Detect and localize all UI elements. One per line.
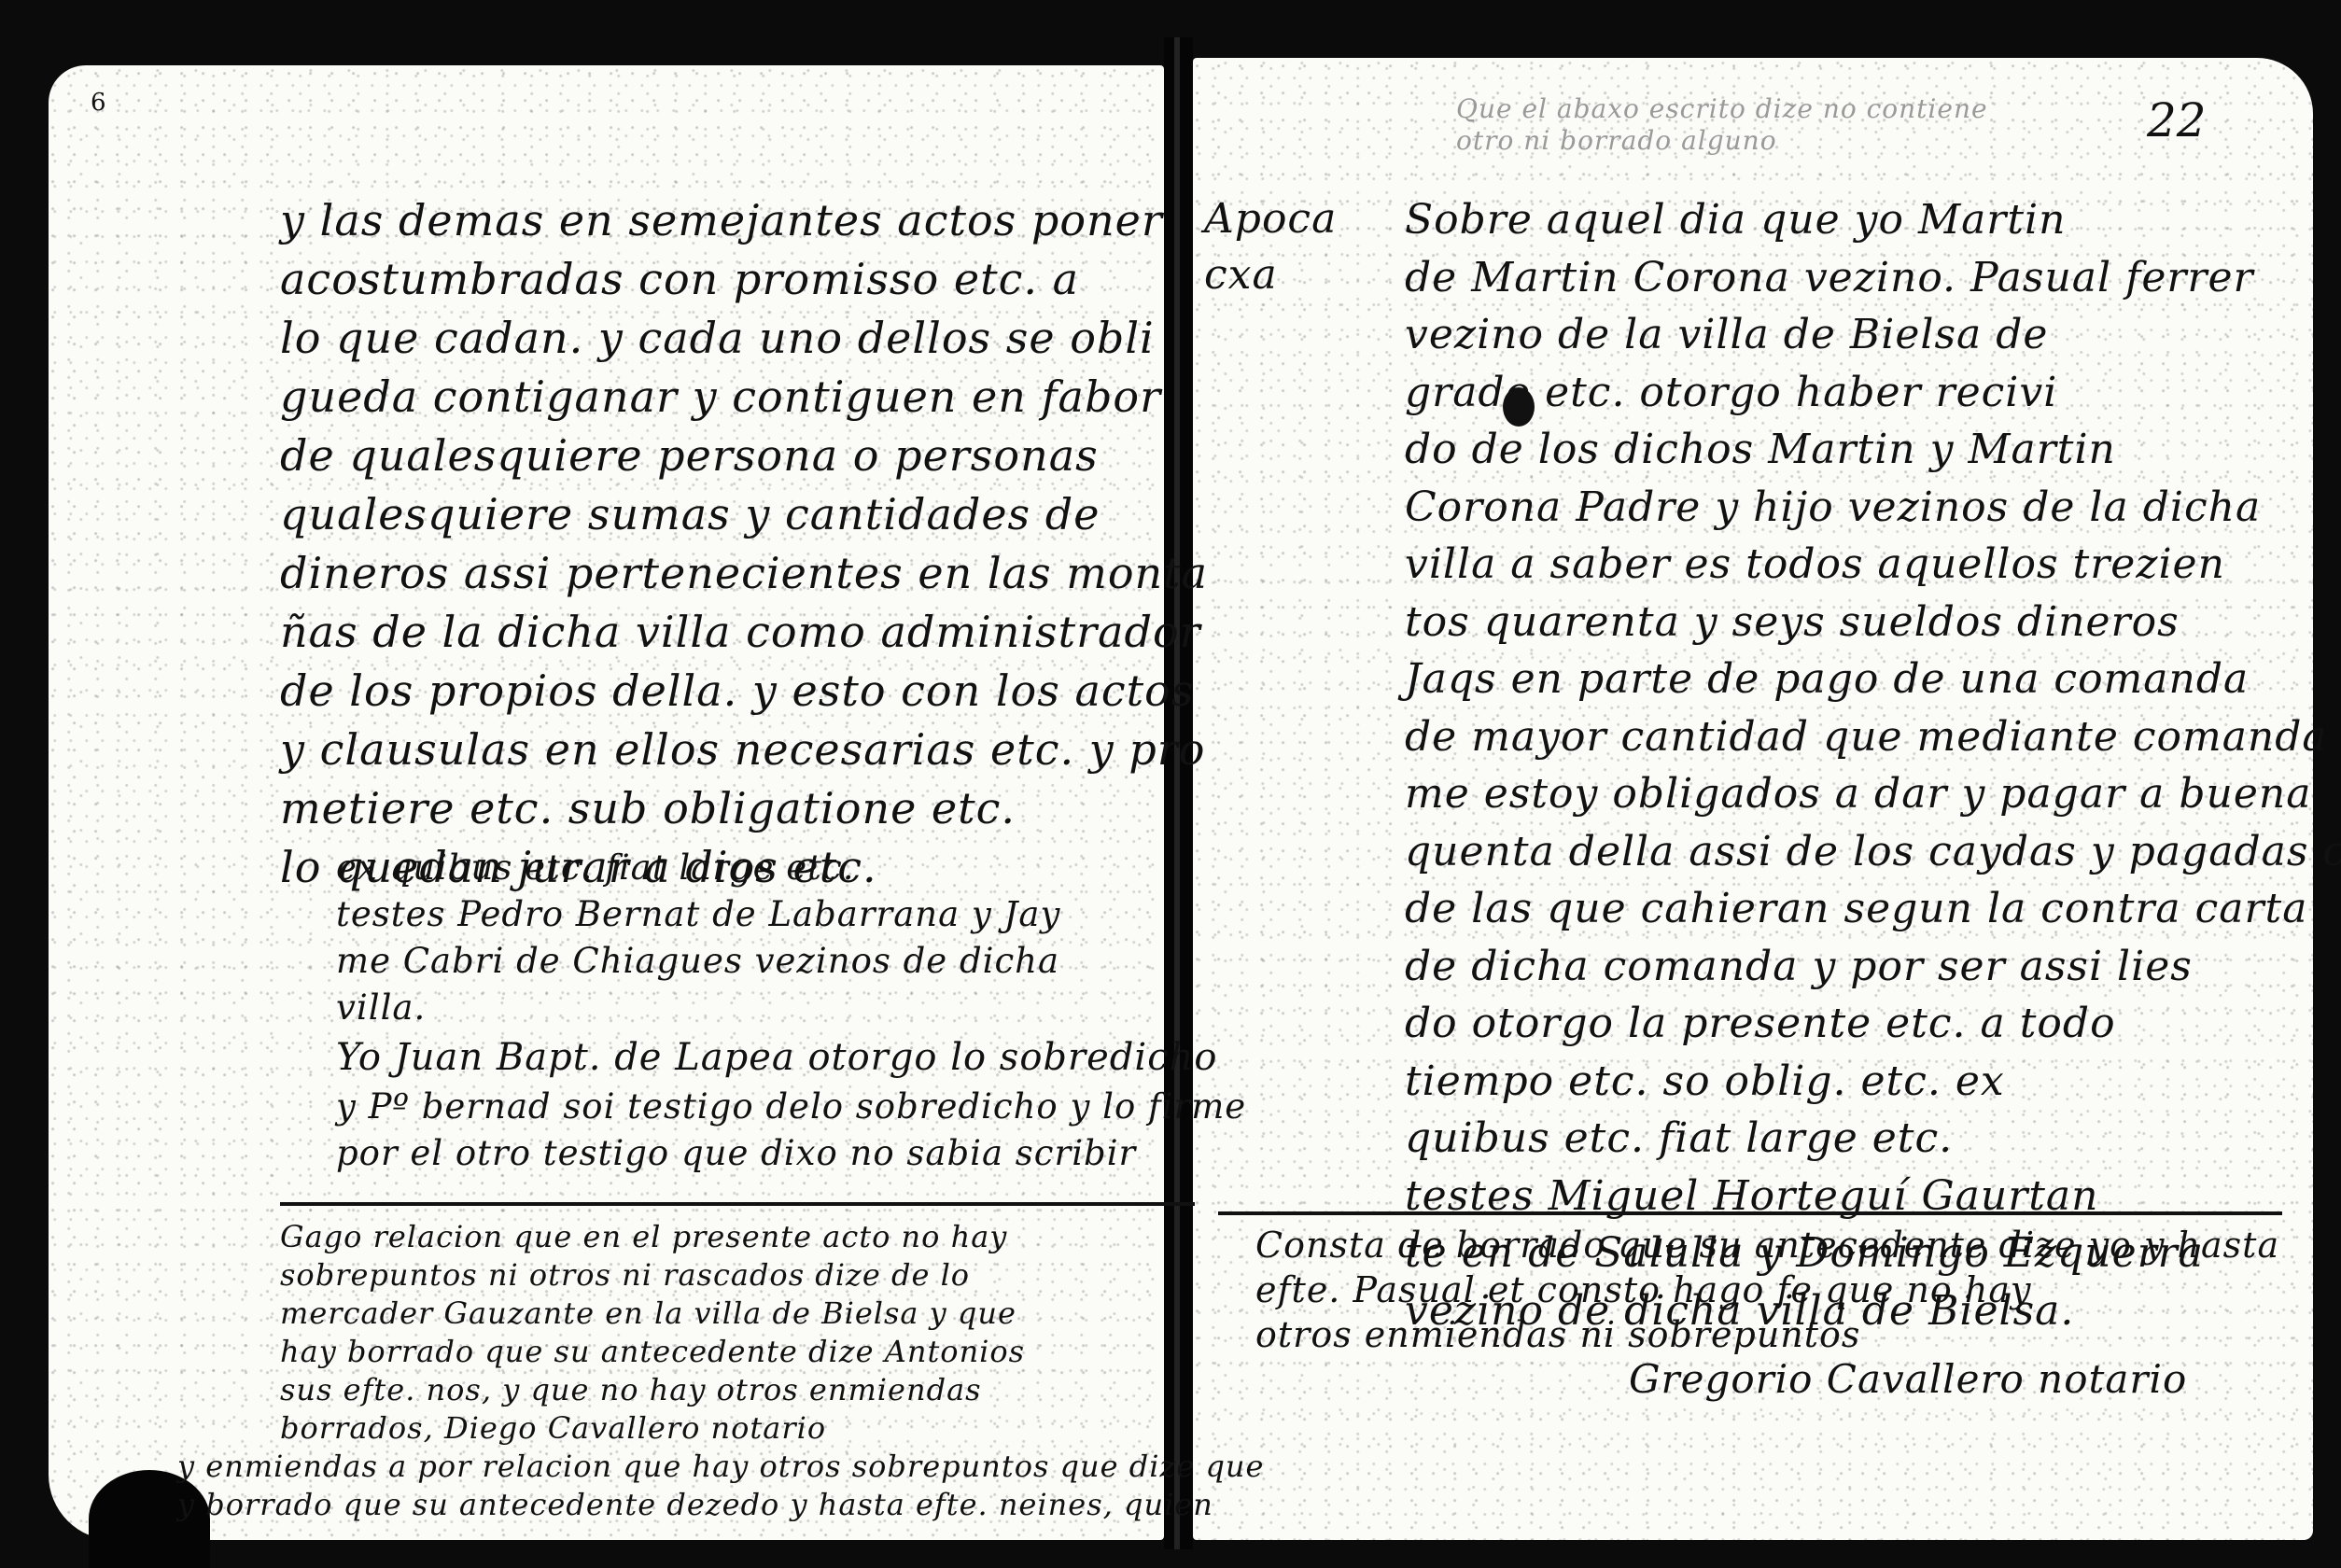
text-line: qualesquiere sumas y cantidades de	[280, 485, 1176, 544]
left-witness-block: ex quibus etc. fiat large etc. testes Pe…	[336, 845, 1195, 1177]
right-main-text: Sobre aquel dia que yo Martin de Martin …	[1405, 191, 2301, 1339]
text-line: testes Pedro Bernat de Labarrana y Jay	[336, 891, 1195, 938]
text-line: de qualesquiere persona o personas	[280, 427, 1176, 485]
text-line: dineros assi pertenecientes en las monta	[280, 544, 1176, 603]
left-main-text: y las demas en semejantes actos poner ac…	[280, 191, 1176, 897]
text-line: me estoy obligados a dar y pagar a buena	[1405, 765, 2301, 823]
text-line: Corona Padre y hijo vezinos de la dicha	[1405, 479, 2301, 537]
text-line: do otorgo la presente etc. a todo	[1405, 995, 2301, 1053]
text-line: villa.	[336, 985, 1195, 1031]
left-notary-note: Gago relacion que en el presente acto no…	[280, 1218, 1195, 1524]
text-line: de Martin Corona vezino. Pasual ferrer	[1405, 249, 2301, 307]
attestation-line: por el otro testigo que dixo no sabia sc…	[336, 1130, 1195, 1177]
text-line: testes Miguel Horteguí Gaurtan	[1405, 1168, 2301, 1225]
note-line: borrados, Diego Cavallero notario	[280, 1409, 1195, 1448]
margin-note: cxa	[1204, 247, 1325, 303]
text-line: do de los dichos Martin y Martin	[1405, 421, 2301, 479]
left-corner-mark: 6	[91, 89, 106, 117]
note-line: sobrepuntos ni otros ni rascados dize de…	[280, 1256, 1195, 1295]
text-line: y las demas en semejantes actos poner	[280, 191, 1176, 250]
text-line: ñas de la dicha villa como administrador	[280, 603, 1176, 662]
attestation-line: Yo Juan Bapt. de Lapea otorgo lo sobredi…	[336, 1031, 1195, 1084]
text-line: ex quibus etc. fiat large etc.	[336, 845, 1195, 891]
text-line: y clausulas en ellos necesarias etc. y p…	[280, 721, 1176, 779]
left-divider-rule	[280, 1202, 1195, 1206]
note-line: y borrado que su antecedente dezedo y ha…	[177, 1486, 1195, 1524]
text-line: quenta della assi de los caydas y pagada…	[1405, 823, 2301, 881]
folio-number: 22	[2147, 93, 2207, 147]
text-line: de dicha comanda y por ser assi lies	[1405, 938, 2301, 996]
note-line: Consta de borrado que su antecedente diz…	[1255, 1223, 2301, 1267]
note-line: Gago relacion que en el presente acto no…	[280, 1218, 1195, 1256]
text-line: tiempo etc. so oblig. etc. ex	[1405, 1053, 2301, 1111]
note-line: efte. Pasual et consto hago fe que no ha…	[1255, 1267, 2301, 1312]
text-line: grado etc. otorgo haber recivi	[1405, 364, 2301, 422]
text-line: vezino de la villa de Bielsa de	[1405, 306, 2301, 364]
text-line: gueda contiganar y contiguen en fabor	[280, 368, 1176, 427]
note-line: hay borrado que su antecedente dize Anto…	[280, 1333, 1195, 1371]
text-line: acostumbradas con promisso etc. a	[280, 250, 1176, 309]
text-line: Sobre aquel dia que yo Martin	[1405, 191, 2301, 249]
text-line: me Cabri de Chiagues vezinos de dicha	[336, 938, 1195, 985]
text-line: quibus etc. fiat large etc.	[1405, 1110, 2301, 1168]
note-line: sus efte. nos, y que no hay otros enmien…	[280, 1371, 1195, 1409]
manuscript-scan: 6 y las demas en semejantes actos poner …	[0, 0, 2341, 1568]
note-line: y enmiendas a por relacion que hay otros…	[177, 1448, 1195, 1486]
text-line: de mayor cantidad que mediante comanda	[1405, 708, 2301, 766]
note-line: otros enmiendas ni sobrepuntos	[1255, 1312, 2301, 1357]
notary-signature: Gregorio Cavallero notario	[1629, 1357, 2301, 1402]
right-notary-note: Consta de borrado que su antecedente diz…	[1255, 1223, 2301, 1402]
faded-line: Que el abaxo escrito dize no contiene	[1456, 93, 2016, 125]
text-line: lo que cadan. y cada uno dellos se obli	[280, 309, 1176, 368]
right-margin-notes: Apoca cxa	[1204, 191, 1325, 303]
text-line: metiere etc. sub obligatione etc.	[280, 779, 1176, 838]
text-line: de las que cahieran segun la contra cart…	[1405, 880, 2301, 938]
right-faded-header: Que el abaxo escrito dize no contiene ot…	[1456, 93, 2016, 157]
text-line: Jaqs en parte de pago de una comanda	[1405, 651, 2301, 708]
note-line: mercader Gauzante en la villa de Bielsa …	[280, 1295, 1195, 1333]
text-line: de los propios della. y esto con los act…	[280, 662, 1176, 721]
text-line: villa a saber es todos aquellos trezien	[1405, 536, 2301, 594]
faded-line: otro ni borrado alguno	[1456, 125, 2016, 157]
margin-note: Apoca	[1204, 191, 1325, 247]
text-line: tos quarenta y seys sueldos dineros	[1405, 594, 2301, 651]
right-divider-rule	[1218, 1211, 2282, 1215]
attestation-line: y Pº bernad soi testigo delo sobredicho …	[336, 1084, 1195, 1130]
